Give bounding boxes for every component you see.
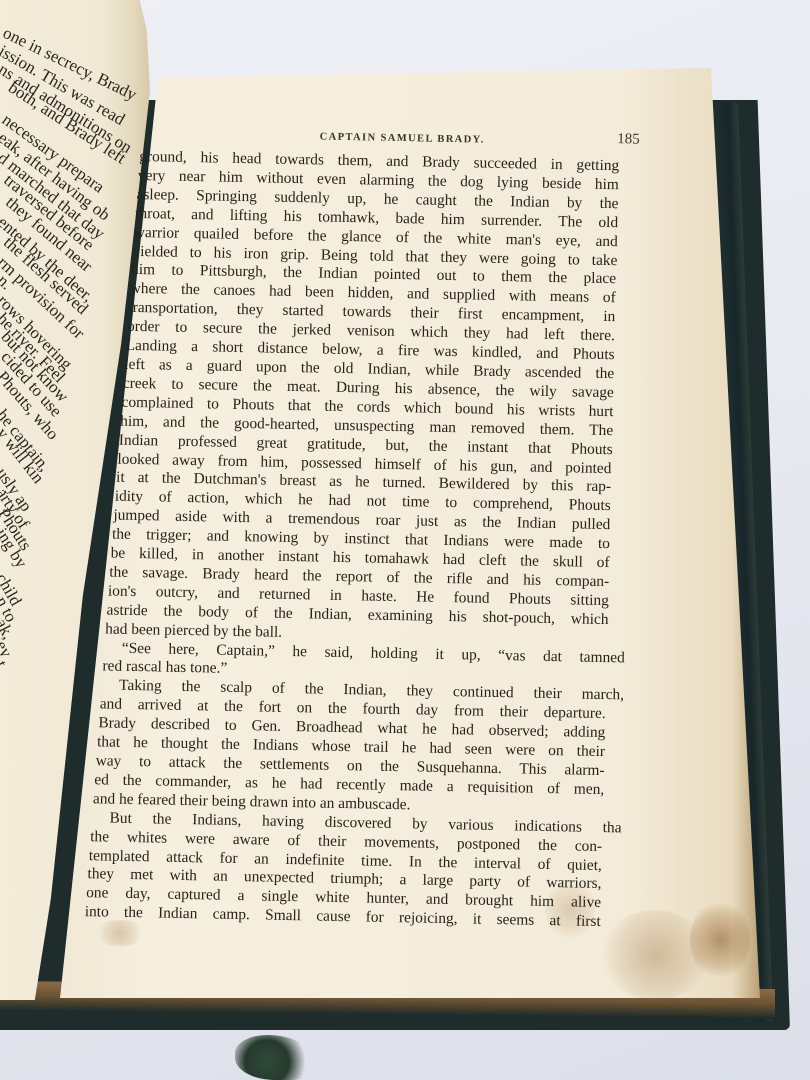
loose-binding-thread bbox=[235, 1035, 315, 1080]
body-text: ground, his head towards them, and Brady… bbox=[125, 148, 640, 933]
page-number: 185 bbox=[617, 131, 640, 148]
running-title: CAPTAIN SAMUEL BRADY. bbox=[320, 131, 485, 145]
left-page-text-fragment: t, bbox=[0, 658, 13, 675]
page-text: CAPTAIN SAMUEL BRADY. 185 ground, his he… bbox=[125, 120, 640, 933]
foxing-stain bbox=[95, 920, 145, 946]
